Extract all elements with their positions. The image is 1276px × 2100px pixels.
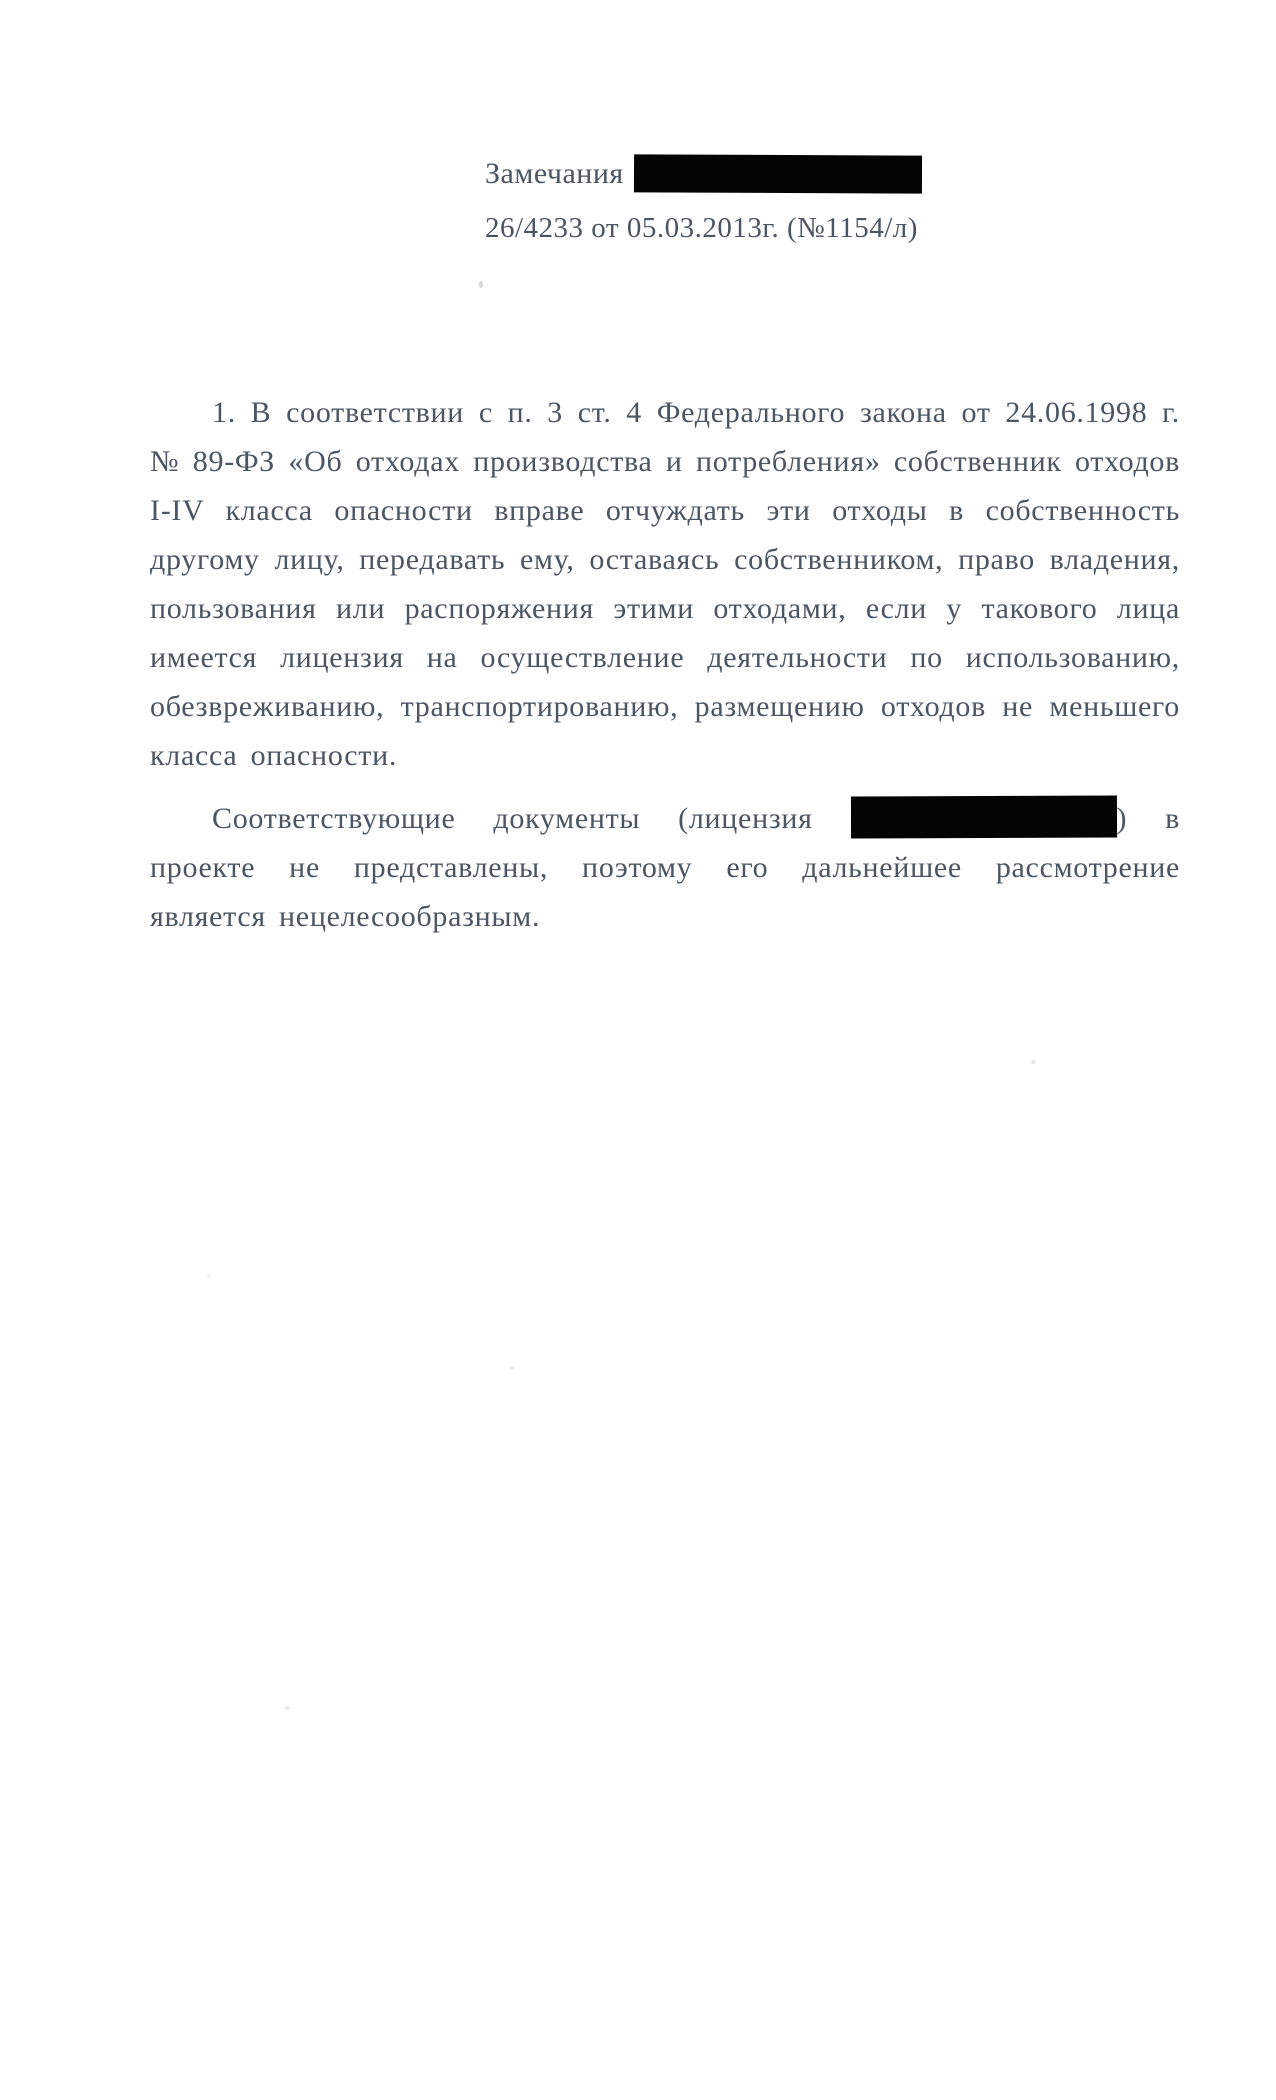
redaction-bar-1 [634, 154, 922, 193]
scan-speck [510, 1366, 514, 1370]
paragraph-conclusion: Соответствующие документы (лицензия ) в … [150, 794, 1180, 941]
paragraph-legal-basis: 1. В соответствии с п. 3 ст. 4 Федеральн… [150, 388, 1180, 780]
scanned-document-page: Замечания 26/4233 от 05.03.2013г. (№1154… [0, 0, 1276, 2100]
scan-speck [207, 1275, 210, 1278]
remarks-label: Замечания [485, 157, 624, 191]
scan-speck [1031, 1060, 1036, 1064]
conclusion-text-before-redaction: Соответствующие документы (лицензия [212, 802, 813, 835]
header-remarks-line: Замечания [485, 152, 922, 196]
document-body: 1. В соответствии с п. 3 ст. 4 Федеральн… [150, 388, 1180, 941]
scan-speck [285, 1706, 290, 1710]
redaction-bar-2 [850, 796, 1116, 839]
scan-speck [479, 281, 483, 288]
document-header: Замечания 26/4233 от 05.03.2013г. (№1154… [485, 152, 922, 245]
reference-number-line: 26/4233 от 05.03.2013г. (№1154/л) [485, 212, 922, 245]
